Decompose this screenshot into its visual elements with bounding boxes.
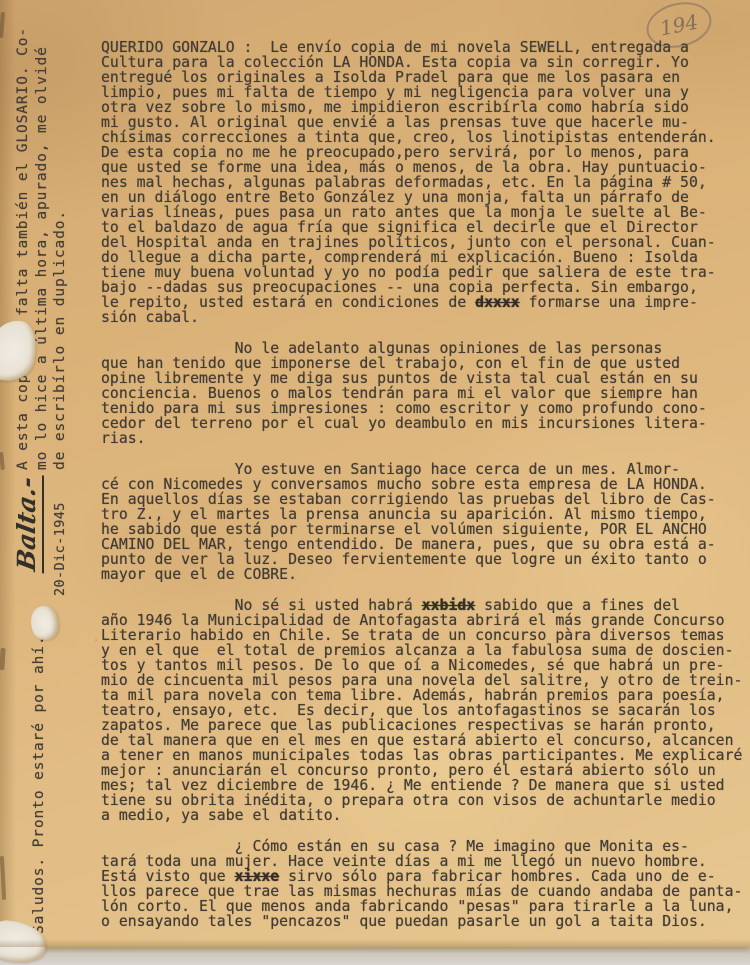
letter-line: a tener en manos municipales todas las o… bbox=[101, 748, 749, 763]
torn-edge-mark bbox=[0, 452, 5, 470]
torn-edge-mark bbox=[0, 12, 5, 38]
paragraph: No le adelanto algunas opiniones de las … bbox=[101, 341, 749, 446]
letter-line: tro Z., y el martes la prensa anuncia su… bbox=[101, 507, 749, 522]
letter-line: Yo estuve en Santiago hace cerca de un m… bbox=[101, 462, 749, 477]
letter-date: 20-Dic-1945 bbox=[52, 486, 68, 596]
letter-line: tos y tantos mil pesos. De lo que oí a N… bbox=[101, 658, 749, 673]
letter-text: mayor que el de COBRE. bbox=[101, 566, 297, 583]
letter-line: mayor que el de COBRE. bbox=[101, 567, 749, 582]
paragraph: QUERIDO GONZALO : Le envío copia de mi n… bbox=[101, 40, 749, 325]
letter-line: mejor : anunciarán el concurso pronto, p… bbox=[101, 763, 749, 778]
letter-line: ta mil para novela con tema libre. Ademá… bbox=[101, 688, 749, 703]
letter-text: sión cabal. bbox=[101, 309, 199, 326]
letter-text: o ensayando tales "pencazos" que puedan … bbox=[101, 913, 707, 930]
letter-line: cé con Nicomedes y conversamos mucho sob… bbox=[101, 477, 749, 492]
letter-line: llos parece que trae las mismas hechuras… bbox=[101, 884, 749, 899]
signature-text: Balta.- bbox=[12, 470, 44, 573]
letter-line: bajo --dadas sus preocupaciones -- una c… bbox=[101, 280, 749, 295]
letter-line: mes; tal vez diciembre de 1946. ¿ Me ent… bbox=[101, 778, 749, 793]
letter-text: a medio, ya sabe el datito. bbox=[101, 807, 342, 824]
letter-line: tenido para mi sus impresiones : como es… bbox=[101, 401, 749, 416]
letter-line: del Hospital anda en trajines políticos,… bbox=[101, 235, 749, 250]
letter-line: De esta copia no me he preocupado,pero s… bbox=[101, 145, 749, 160]
letter-line: En aquellos días se estaban corrigiendo … bbox=[101, 492, 749, 507]
letter-text: rias. bbox=[101, 430, 146, 447]
letter-text: formarse una impre- bbox=[520, 294, 698, 311]
strikethrough-text: dxxxx bbox=[475, 294, 520, 311]
letter-line: to el baldazo de agua fría que significa… bbox=[101, 220, 749, 235]
torn-edge-mark bbox=[0, 648, 6, 670]
letter-line: chísimas correcciones a tinta que, creo,… bbox=[101, 130, 749, 145]
paragraph: ¿ Cómo están en su casa ? Me imagino que… bbox=[101, 839, 749, 929]
letter-line: de tal manera que en el mes en que estar… bbox=[101, 733, 749, 748]
torn-edge-mark bbox=[0, 856, 6, 900]
letter-body: QUERIDO GONZALO : Le envío copia de mi n… bbox=[101, 40, 749, 945]
letter-line: a medio, ya sabe el datito. bbox=[101, 808, 749, 823]
letter-line: rias. bbox=[101, 431, 749, 446]
margin-note-glosario: A esta copia le falta también el GLOSARI… bbox=[14, 8, 70, 470]
letter-line: No le adelanto algunas opiniones de las … bbox=[101, 341, 749, 356]
letter-line: he sabido que está por terminarse el vol… bbox=[101, 522, 749, 537]
margin-note-saludos: Saludos. Pronto estaré por ahí. bbox=[31, 604, 47, 934]
letter-line: tará toda una mujer. Hace veinte días a … bbox=[101, 854, 749, 869]
letter-line: le repito, usted estará en condiciones d… bbox=[101, 295, 749, 310]
letter-line: conciencia. Buenos o malos tendrán para … bbox=[101, 386, 749, 401]
letter-line: y en el que el total de premios alcanza … bbox=[101, 643, 749, 658]
letter-line: teatro, ensayo, etc. Es decir, que los a… bbox=[101, 703, 749, 718]
letter-line: lón corto. El que menos anda fabricando … bbox=[101, 899, 749, 914]
scan-background: 194 A esta copia le falta también el GLO… bbox=[0, 0, 750, 965]
letter-line: Está visto que xixxe sirvo sólo para fab… bbox=[101, 869, 749, 884]
letter-line: limpio, pues mi falta de tiempo y mi neg… bbox=[101, 85, 749, 100]
letter-line: mi gusto. Al original que envié a las pr… bbox=[101, 115, 749, 130]
letter-line: CAMINO DEL MAR, tengo entendido. De mane… bbox=[101, 537, 749, 552]
letter-line: do llegue a dicha parte, comprenderá mi … bbox=[101, 250, 749, 265]
letter-line: que han tenido que imponerse del trabajo… bbox=[101, 356, 749, 371]
letter-line: que usted se forme una idea, más o menos… bbox=[101, 160, 749, 175]
letter-line: QUERIDO GONZALO : Le envío copia de mi n… bbox=[101, 40, 749, 55]
letter-text: cedor del terreno por el cual yo deambul… bbox=[101, 415, 707, 432]
letter-line: otra vez sobre lo mismo, me impidieron e… bbox=[101, 100, 749, 115]
letter-line: tiene muy buena voluntad y yo no podía p… bbox=[101, 265, 749, 280]
letter-line: en un diálogo entre Beto González y una … bbox=[101, 190, 749, 205]
page-number: 194 bbox=[658, 10, 700, 41]
letter-line: año 1946 la Municipalidad de Antofagasta… bbox=[101, 613, 749, 628]
paragraph: No sé si usted habrá xxbidx sabido que a… bbox=[101, 598, 749, 823]
signature: Balta.- bbox=[12, 472, 44, 574]
letter-line: punto de ver la luz. Deseo fervientement… bbox=[101, 552, 749, 567]
letter-line: o ensayando tales "pencazos" que puedan … bbox=[101, 914, 749, 929]
letter-line: Literario habido en Chile. Se trata de u… bbox=[101, 628, 749, 643]
letter-line: opine libremente y me diga sus puntos de… bbox=[101, 371, 749, 386]
paragraph: Yo estuve en Santiago hace cerca de un m… bbox=[101, 462, 749, 582]
letter-line: varias líneas, pues pasa un rato antes q… bbox=[101, 205, 749, 220]
letter-line: tiene su obrita inédita, o prepara otra … bbox=[101, 793, 749, 808]
letter-paper: 194 A esta copia le falta también el GLO… bbox=[0, 0, 750, 947]
letter-line: entregué los originales a Isolda Pradel … bbox=[101, 70, 749, 85]
letter-line: sión cabal. bbox=[101, 310, 749, 325]
letter-line: Cultura para la colección LA HONDA. Esta… bbox=[101, 55, 749, 70]
letter-line: cedor del terreno por el cual yo deambul… bbox=[101, 416, 749, 431]
letter-line: mio de cincuenta mil pesos para una nove… bbox=[101, 673, 749, 688]
letter-line: ¿ Cómo están en su casa ? Me imagino que… bbox=[101, 839, 749, 854]
letter-line: nes mal hechas, algunas palabras deforma… bbox=[101, 175, 749, 190]
letter-line: No sé si usted habrá xxbidx sabido que a… bbox=[101, 598, 749, 613]
letter-line: zapatos. Me parece que las publicaciones… bbox=[101, 718, 749, 733]
